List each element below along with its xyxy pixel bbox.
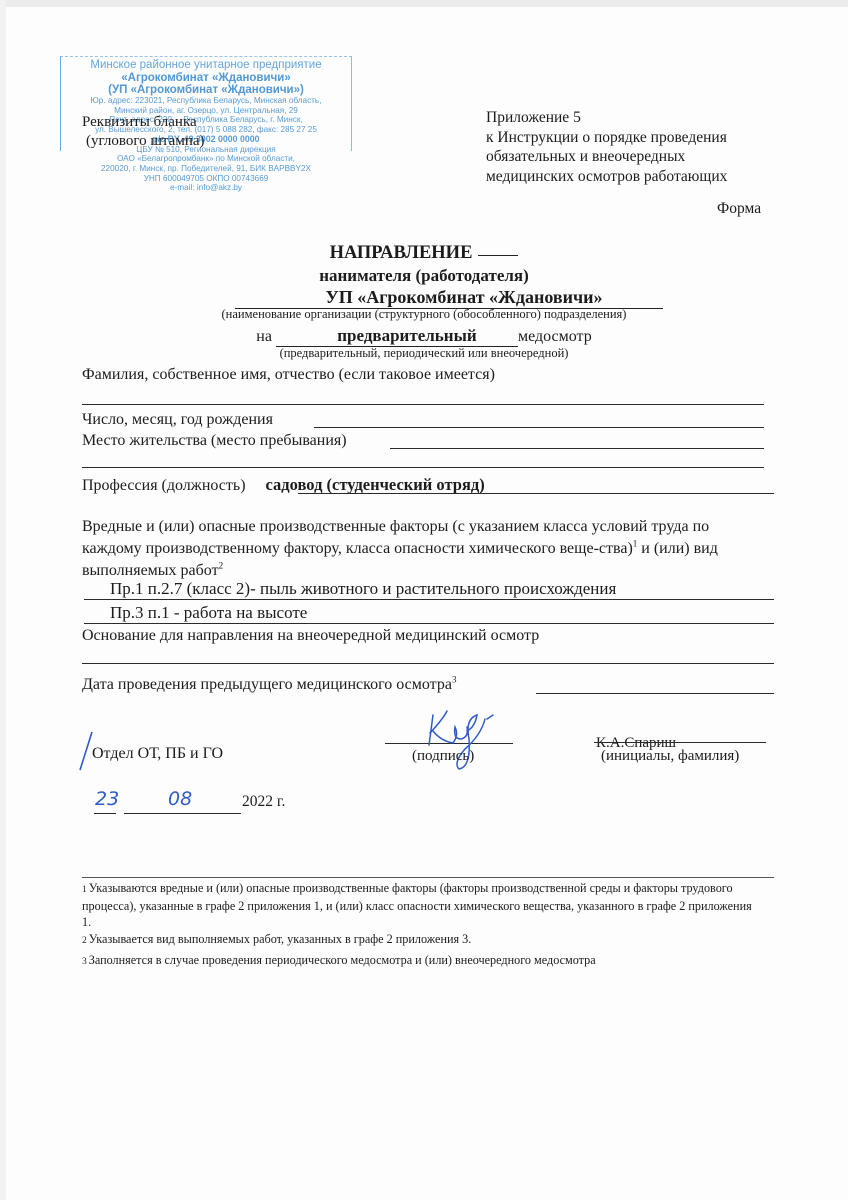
footnote-text: Заполняется в случае проведения периодич… [89,953,596,967]
residence-field[interactable] [390,448,764,449]
exam-suffix: медосмотр [518,328,592,345]
scan-edge-top [0,0,848,7]
hazard-factor-value[interactable]: Пр.1 п.2.7 (класс 2)- пыль животного и р… [110,579,616,599]
organization-hint: (наименование организации (структурного … [0,307,848,322]
signer-name-caption: (инициалы, фамилия) [601,748,739,765]
full-name-label: Фамилия, собственное имя, отчество (если… [82,365,495,384]
signature-caption: (подпись) [412,748,474,765]
footnote-ref-3: 3 [452,675,457,685]
footnote-number: 2 [82,936,87,946]
appendix-line: к Инструкции о порядке проведения [486,128,727,148]
number-blank[interactable] [478,255,518,256]
hazard-factors-label: Вредные и (или) опасные производственные… [82,516,762,582]
date-month-underline [124,813,241,814]
date-month[interactable]: 08 [168,788,192,810]
residence-field-continued[interactable] [82,467,764,468]
stamp-line: Юр. адрес: 223021, Республика Беларусь, … [61,96,351,106]
hazard-factor-underline [84,623,774,624]
profession-label-text: Профессия (должность) [82,477,246,494]
extra-basis-label: Основание для направления на внеочередно… [82,626,539,645]
stamp-line: «Агрокомбинат «Ждановичи» [61,72,351,84]
footnote-text: Указываются вредные и (или) опасные прои… [82,881,752,929]
residence-label: Место жительства (место пребывания) [82,431,347,450]
prev-exam-label-text: Дата проведения предыдущего медицинского… [82,676,452,693]
footnote-ref-2: 2 [219,561,224,571]
footnote-separator [82,877,774,878]
footnote-text: Указывается вид выполняемых работ, указа… [89,932,472,946]
birth-date-label: Число, месяц, год рождения [82,410,273,429]
appendix-line: обязательных и внеочередных [486,147,727,167]
stamp-line: (УП «Агрокомбинат «Ждановичи») [61,84,351,96]
exam-type-row: на предварительныймедосмотр [0,326,848,347]
stamp-line: 220020, г. Минск, пр. Победителей, 91, Б… [61,164,351,174]
footnote-2: 2Указывается вид выполняемых работ, указ… [82,931,762,949]
document-subtitle: нанимателя (работодателя) [0,266,848,286]
exam-type-hint: (предварительный, периодический или внео… [0,346,848,361]
stamp-line: e-mail: info@akz.by [61,183,351,193]
document-title: НАПРАВЛЕНИЕ [0,243,848,264]
footnote-1: 1Указываются вредные и (или) опасные про… [82,880,762,930]
stamp-placeholder-label: Реквизиты бланка (углового штампа) [82,113,205,151]
footnote-number: 1 [82,885,87,895]
organization-name: УП «Агрокомбинат «Ждановичи» [0,287,848,309]
hazard-factor-value[interactable]: Пр.3 п.1 - работа на высоте [110,603,307,623]
profession-label: Профессия (должность) садовод (студенчес… [82,475,485,495]
date-day[interactable]: 23 [95,788,119,810]
footnote-3: 3Заполняется в случае проведения периоди… [82,952,762,970]
department-name: Отдел ОТ, ПБ и ГО [92,745,223,763]
birth-date-field[interactable] [314,427,764,428]
hazard-factor-underline [84,599,774,600]
prev-exam-field[interactable] [536,693,774,694]
stamp-placeholder-line1: Реквизиты бланка [82,113,205,132]
extra-basis-field[interactable] [82,663,774,664]
profession-value[interactable]: садовод (студенческий отряд) [266,475,485,494]
full-name-field[interactable] [82,404,764,405]
hazard-factors-label-text: Вредные и (или) опасные производственные… [82,518,709,557]
profession-field-underline [298,493,774,494]
stamp-line: УНП 600049705 ОКПО 00743669 [61,174,351,184]
organization-value: УП «Агрокомбинат «Ждановичи» [235,287,662,309]
footnotes: 1Указываются вредные и (или) опасные про… [82,880,762,971]
stamp-placeholder-line2: (углового штампа) [82,132,205,151]
scan-edge-left [0,0,6,1200]
exam-prefix: на [256,328,272,345]
signer-name-underline [594,742,766,743]
stamp-line: ОАО «Белагропромбанк» по Минской области… [61,154,351,164]
date-year: 2022 г. [242,793,285,811]
appendix-line: медицинских осмотров работающих [486,167,727,187]
appendix-reference: Приложение 5 к Инструкции о порядке пров… [486,108,727,186]
form-label: Форма [717,200,761,218]
title-text: НАПРАВЛЕНИЕ [330,243,473,263]
date-day-underline [94,813,116,814]
appendix-line: Приложение 5 [486,108,727,128]
footnote-number: 3 [82,957,87,967]
exam-type-value[interactable]: предварительный [276,326,518,347]
stamp-line: Минское районное унитарное предприятие [61,59,351,72]
prev-exam-label: Дата проведения предыдущего медицинского… [82,675,456,694]
